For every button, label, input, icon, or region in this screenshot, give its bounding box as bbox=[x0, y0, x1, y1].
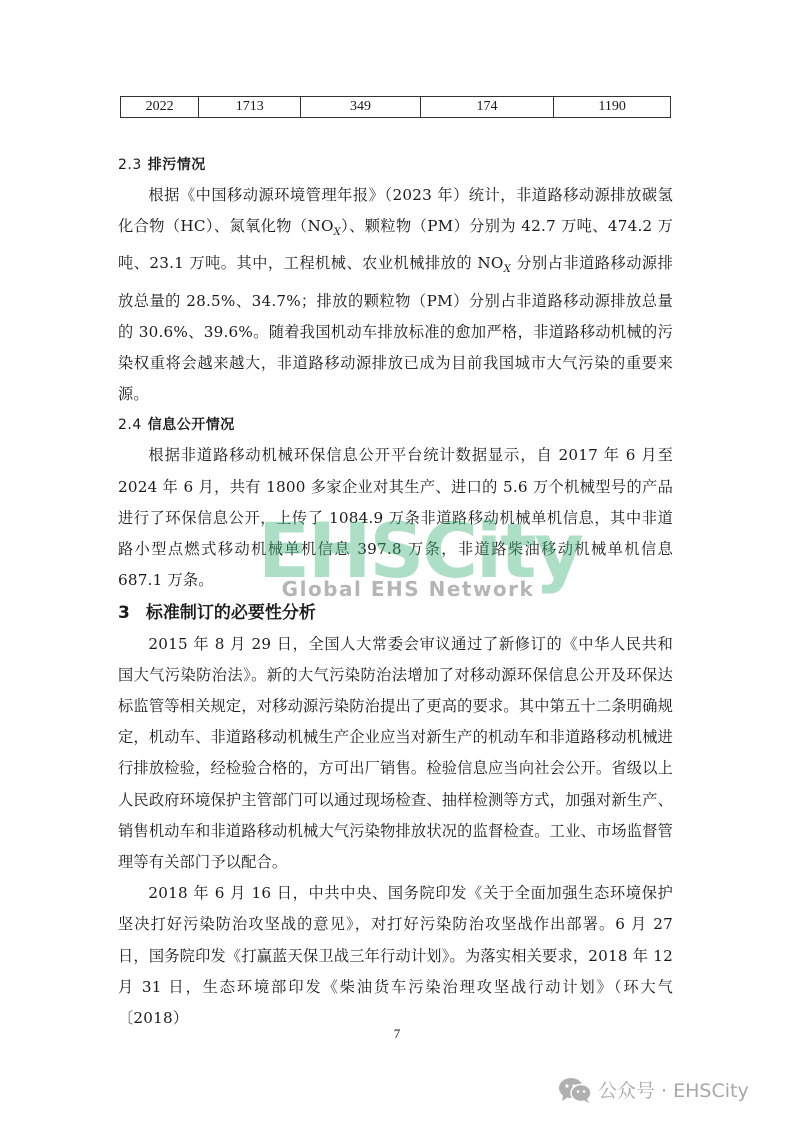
document-body: 2.3排污情况 根据《中国移动源环境管理年报》（2023 年）统计，非道路移动源… bbox=[118, 150, 673, 1034]
data-table-fragment: 2022 1713 349 174 1190 bbox=[120, 96, 671, 118]
section-heading-2-3: 2.3排污情况 bbox=[118, 150, 673, 180]
paragraph-text: 分别占非道路移动源排放总量的 28.5%、34.7%；排放的颗粒物（PM）分别占… bbox=[118, 254, 673, 403]
document-page: 2022 1713 349 174 1190 2.3排污情况 根据《中国移动源环… bbox=[0, 0, 794, 1123]
paragraph-info-disclosure: 根据非道路移动机械环保信息公开平台统计数据显示，自 2017 年 6 月至 20… bbox=[118, 440, 673, 596]
paragraph-air-law: 2015 年 8 月 29 日，全国人大常委会审议通过了新修订的《中华人民共和国… bbox=[118, 629, 673, 879]
section-number: 2.3 bbox=[118, 157, 142, 173]
table-cell: 1713 bbox=[199, 97, 301, 118]
section-title: 信息公开情况 bbox=[148, 417, 235, 433]
table-cell: 1190 bbox=[554, 97, 671, 118]
wechat-account-label: 公众号 · EHSCity bbox=[598, 1076, 749, 1103]
page-number: 7 bbox=[0, 1026, 794, 1042]
subscript: X bbox=[334, 227, 341, 238]
table-cell-year: 2022 bbox=[121, 97, 199, 118]
table-cell: 174 bbox=[420, 97, 553, 118]
wechat-account-mark: 公众号 · EHSCity bbox=[558, 1076, 749, 1103]
table-cell: 349 bbox=[301, 97, 421, 118]
table-row: 2022 1713 349 174 1190 bbox=[121, 97, 671, 118]
paragraph-action-plan: 2018 年 6 月 16 日，中共中央、国务院印发《关于全面加强生态环境保护坚… bbox=[118, 878, 673, 1034]
section-number: 2.4 bbox=[118, 417, 142, 433]
paragraph-emissions: 根据《中国移动源环境管理年报》（2023 年）统计，非道路移动源排放碳氢化合物（… bbox=[118, 180, 673, 410]
section-number: 3 bbox=[118, 603, 130, 623]
wechat-icon bbox=[558, 1077, 592, 1103]
section-heading-3: 3标准制订的必要性分析 bbox=[118, 597, 673, 629]
section-heading-2-4: 2.4信息公开情况 bbox=[118, 410, 673, 440]
section-title: 标准制订的必要性分析 bbox=[146, 603, 316, 623]
subscript: X bbox=[504, 264, 511, 275]
section-title: 排污情况 bbox=[148, 157, 206, 173]
